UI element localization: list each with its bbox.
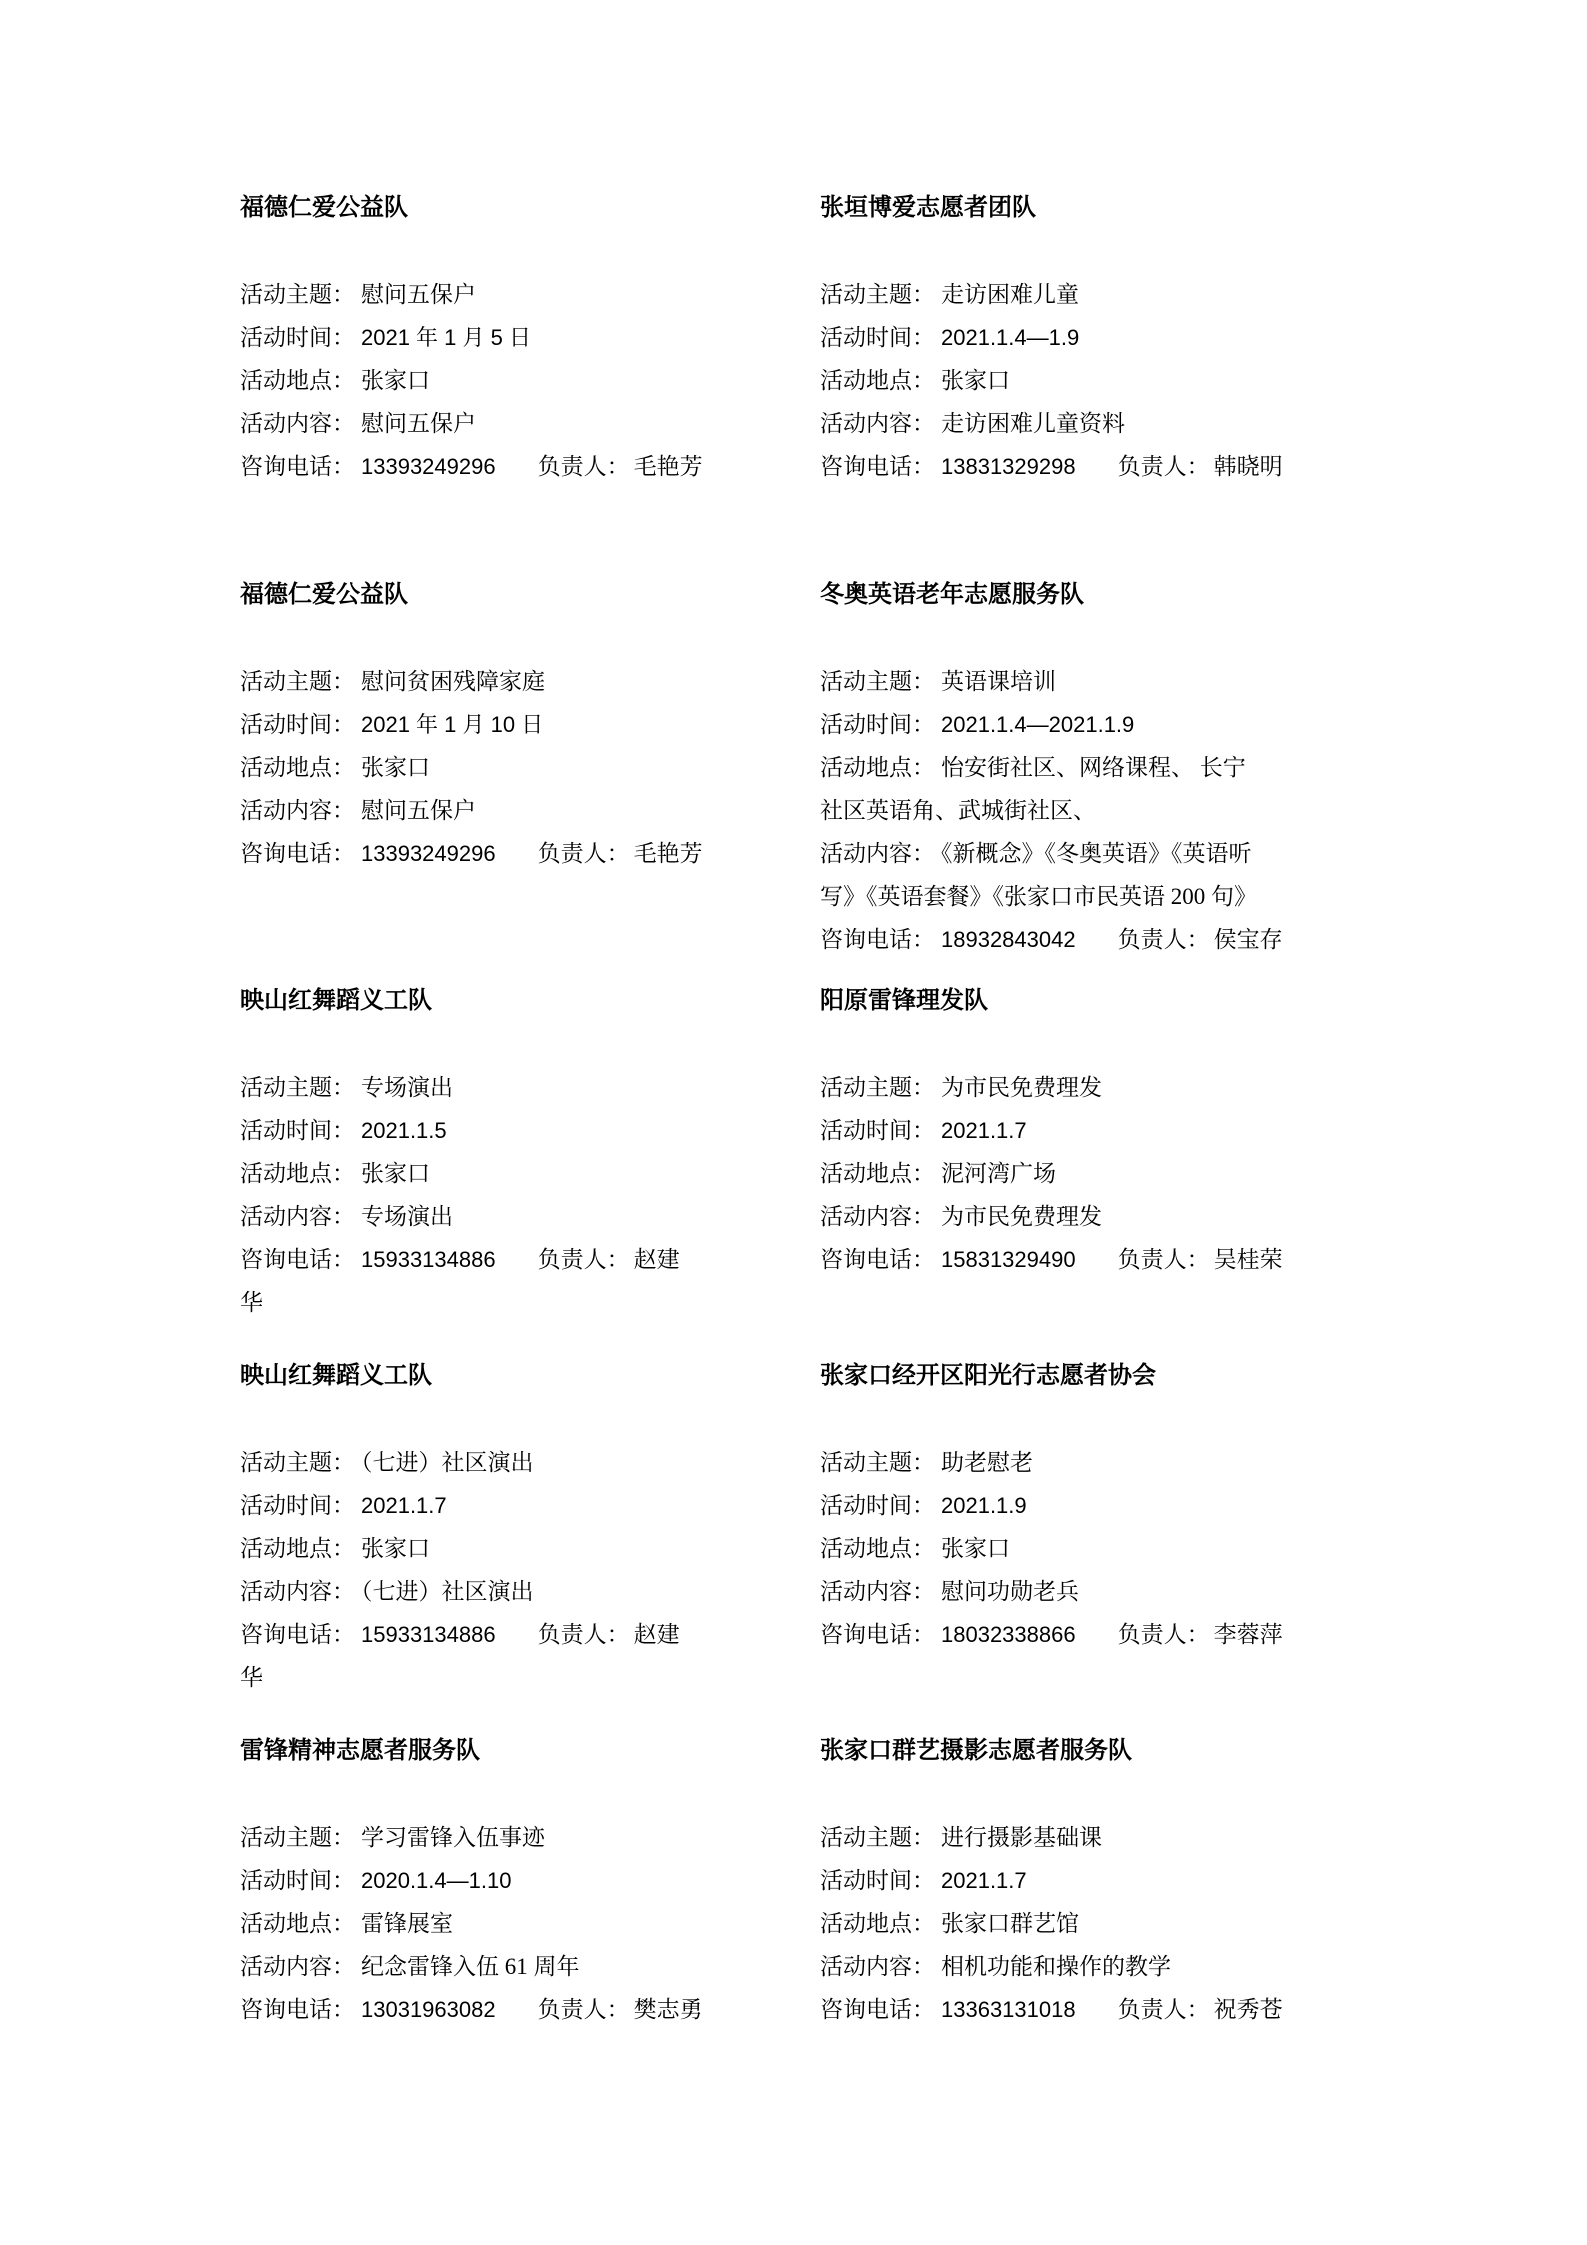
time-label: 活动时间：: [240, 325, 355, 350]
location-label: 活动地点：: [240, 1911, 355, 1936]
content-value: 慰问功勋老兵: [941, 1579, 1079, 1604]
time-line: 活动时间：2021.1.7: [820, 1859, 1240, 1902]
theme-value: 为市民免费理发: [941, 1075, 1102, 1100]
location-line: 活动地点：泥河湾广场: [820, 1152, 1240, 1195]
theme-value: 英语课培训: [941, 669, 1056, 694]
content-line: 活动内容：相机功能和操作的教学: [820, 1945, 1240, 1988]
phone-line: 咨询电话：13831329298负责人：韩晓明: [820, 445, 1240, 488]
content-line: 活动内容：《新概念》《冬奥英语》《英语听: [820, 832, 1240, 875]
location-label: 活动地点：: [240, 1161, 355, 1186]
location-line: 活动地点：张家口: [240, 746, 660, 789]
phone-label: 咨询电话：: [820, 454, 935, 479]
phone-label: 咨询电话：: [820, 1997, 935, 2022]
leader-label: 负责人：: [1118, 1622, 1210, 1647]
theme-label: 活动主题：: [240, 282, 355, 307]
time-label: 活动时间：: [820, 1118, 935, 1143]
phone-number: 15933134886: [361, 1247, 496, 1272]
phone-line: 咨询电话：15933134886负责人：赵建: [240, 1613, 660, 1656]
phone-line: 咨询电话：18932843042负责人：侯宝存: [820, 918, 1240, 961]
time-value: 2021.1.4—2021.1.9: [941, 712, 1134, 737]
location-line: 活动地点：张家口: [240, 359, 660, 402]
phone-label: 咨询电话：: [820, 1622, 935, 1647]
time-value: 2021.1.7: [361, 1493, 447, 1518]
time-value: 2021.1.4—1.9: [941, 325, 1079, 350]
location-line: 活动地点：张家口: [240, 1152, 660, 1195]
time-label: 活动时间：: [820, 1868, 935, 1893]
content-label: 活动内容：: [240, 1579, 355, 1604]
content-value: 纪念雷锋入伍 61 周年: [361, 1954, 580, 1979]
location-value: 张家口: [941, 368, 1010, 393]
location-value: 张家口: [361, 755, 430, 780]
phone-line: 咨询电话：13393249296负责人：毛艳芳: [240, 445, 660, 488]
theme-line: 活动主题：进行摄影基础课: [820, 1816, 1240, 1859]
location-label: 活动地点：: [820, 1911, 935, 1936]
leader-label: 负责人：: [1118, 1997, 1210, 2022]
phone-label: 咨询电话：: [240, 1622, 355, 1647]
phone-label: 咨询电话：: [240, 841, 355, 866]
theme-label: 活动主题：: [820, 1825, 935, 1850]
time-line: 活动时间：2021.1.4—1.9: [820, 316, 1240, 359]
theme-value: （七进）社区演出: [361, 1450, 534, 1475]
org-block: 映山红舞蹈义工队 活动主题：专场演出 活动时间：2021.1.5 活动地点：张家…: [240, 980, 660, 1355]
org-block: 福德仁爱公益队 活动主题：慰问贫困残障家庭 活动时间：2021 年 1 月 10…: [240, 574, 660, 980]
team-title: 张家口经开区阳光行志愿者协会: [820, 1355, 1240, 1398]
location-value: 张家口: [361, 1536, 430, 1561]
location-line: 活动地点：张家口群艺馆: [820, 1902, 1240, 1945]
content-line-2: 写》《英语套餐》《张家口市民英语 200 句》: [820, 875, 1240, 918]
content-label: 活动内容：: [240, 411, 355, 436]
phone-line: 咨询电话：13393249296负责人：毛艳芳: [240, 832, 660, 875]
phone-label: 咨询电话：: [820, 1247, 935, 1272]
theme-label: 活动主题：: [240, 669, 355, 694]
team-title: 冬奥英语老年志愿服务队: [820, 574, 1240, 617]
time-value: 2021.1.5: [361, 1118, 447, 1143]
phone-label: 咨询电话：: [240, 454, 355, 479]
team-title: 映山红舞蹈义工队: [240, 1355, 660, 1398]
volunteer-activity-list: 福德仁爱公益队 活动主题：慰问五保户 活动时间：2021 年 1 月 5 日 活…: [0, 0, 1587, 2031]
location-label: 活动地点：: [240, 1536, 355, 1561]
content-line: 活动内容：专场演出: [240, 1195, 660, 1238]
location-line: 活动地点：雷锋展室: [240, 1902, 660, 1945]
location-line: 活动地点：张家口: [820, 1527, 1240, 1570]
time-line: 活动时间：2021.1.5: [240, 1109, 660, 1152]
leader-label: 负责人：: [538, 1622, 630, 1647]
leader-label: 负责人：: [1118, 1247, 1210, 1272]
content-line: 活动内容：慰问五保户: [240, 402, 660, 445]
theme-value: 专场演出: [361, 1075, 453, 1100]
theme-value: 走访困难儿童: [941, 282, 1079, 307]
org-block: 雷锋精神志愿者服务队 活动主题：学习雷锋入伍事迹 活动时间：2020.1.4—1…: [240, 1730, 660, 2031]
theme-label: 活动主题：: [240, 1825, 355, 1850]
team-title: 雷锋精神志愿者服务队: [240, 1730, 660, 1773]
phone-number: 15933134886: [361, 1622, 496, 1647]
location-value: 张家口群艺馆: [941, 1911, 1079, 1936]
org-block: 冬奥英语老年志愿服务队 活动主题：英语课培训 活动时间：2021.1.4—202…: [820, 574, 1240, 980]
theme-line: 活动主题：英语课培训: [820, 660, 1240, 703]
leader-name: 赵建: [634, 1247, 680, 1272]
theme-label: 活动主题：: [240, 1075, 355, 1100]
location-label: 活动地点：: [240, 368, 355, 393]
time-line: 活动时间：2021 年 1 月 10 日: [240, 703, 660, 746]
content-value: 慰问五保户: [361, 798, 476, 823]
leader-name-wrap: 华: [240, 1656, 660, 1699]
time-label: 活动时间：: [240, 1868, 355, 1893]
phone-number: 18032338866: [941, 1622, 1076, 1647]
content-label: 活动内容：: [820, 1204, 935, 1229]
phone-number: 13393249296: [361, 841, 496, 866]
content-line: 活动内容：慰问五保户: [240, 789, 660, 832]
time-line: 活动时间：2020.1.4—1.10: [240, 1859, 660, 1902]
content-value: 《新概念》《冬奥英语》《英语听: [941, 841, 1252, 866]
content-line: 活动内容：纪念雷锋入伍 61 周年: [240, 1945, 660, 1988]
document-page: 福德仁爱公益队 活动主题：慰问五保户 活动时间：2021 年 1 月 5 日 活…: [0, 0, 1587, 2245]
theme-value: 慰问五保户: [361, 282, 476, 307]
content-label: 活动内容：: [820, 841, 935, 866]
leader-label: 负责人：: [538, 1997, 630, 2022]
theme-line: 活动主题：为市民免费理发: [820, 1066, 1240, 1109]
time-label: 活动时间：: [820, 1493, 935, 1518]
leader-name: 韩晓明: [1214, 454, 1283, 479]
content-line: 活动内容：为市民免费理发: [820, 1195, 1240, 1238]
time-label: 活动时间：: [240, 1118, 355, 1143]
org-block: 张家口群艺摄影志愿者服务队 活动主题：进行摄影基础课 活动时间：2021.1.7…: [820, 1730, 1240, 2031]
content-value: 相机功能和操作的教学: [941, 1954, 1171, 1979]
location-line: 活动地点：张家口: [240, 1527, 660, 1570]
phone-line: 咨询电话：15933134886负责人：赵建: [240, 1238, 660, 1281]
phone-number: 18932843042: [941, 927, 1076, 952]
leader-name-wrap: 华: [240, 1281, 660, 1324]
leader-label: 负责人：: [538, 1247, 630, 1272]
leader-name: 吴桂荣: [1214, 1247, 1283, 1272]
content-line: 活动内容：慰问功勋老兵: [820, 1570, 1240, 1613]
content-label: 活动内容：: [820, 1579, 935, 1604]
time-line: 活动时间：2021.1.9: [820, 1484, 1240, 1527]
leader-name: 李蓉萍: [1214, 1622, 1283, 1647]
team-title: 阳原雷锋理发队: [820, 980, 1240, 1023]
time-line: 活动时间：2021 年 1 月 5 日: [240, 316, 660, 359]
location-label: 活动地点：: [820, 1161, 935, 1186]
theme-label: 活动主题：: [820, 669, 935, 694]
content-label: 活动内容：: [240, 1954, 355, 1979]
location-label: 活动地点：: [820, 1536, 935, 1561]
location-line: 活动地点：张家口: [820, 359, 1240, 402]
content-label: 活动内容：: [820, 1954, 935, 1979]
phone-line: 咨询电话：13363131018负责人：祝秀苍: [820, 1988, 1240, 2031]
theme-value: 进行摄影基础课: [941, 1825, 1102, 1850]
location-line: 活动地点：怡安街社区、网络课程、 长宁: [820, 746, 1240, 789]
leader-name: 祝秀苍: [1214, 1997, 1283, 2022]
time-line: 活动时间：2021.1.4—2021.1.9: [820, 703, 1240, 746]
location-value: 雷锋展室: [361, 1911, 453, 1936]
time-label: 活动时间：: [820, 325, 935, 350]
location-value: 泥河湾广场: [941, 1161, 1056, 1186]
theme-value: 助老慰老: [941, 1450, 1033, 1475]
phone-number: 13031963082: [361, 1997, 496, 2022]
theme-label: 活动主题：: [820, 1075, 935, 1100]
time-label: 活动时间：: [820, 712, 935, 737]
theme-label: 活动主题：: [820, 1450, 935, 1475]
theme-line: 活动主题：慰问五保户: [240, 273, 660, 316]
content-value: 走访困难儿童资料: [941, 411, 1125, 436]
phone-label: 咨询电话：: [240, 1247, 355, 1272]
content-label: 活动内容：: [240, 798, 355, 823]
content-label: 活动内容：: [240, 1204, 355, 1229]
phone-line: 咨询电话：18032338866负责人：李蓉萍: [820, 1613, 1240, 1656]
team-title: 张家口群艺摄影志愿者服务队: [820, 1730, 1240, 1773]
theme-line: 活动主题：走访困难儿童: [820, 273, 1240, 316]
content-value: 为市民免费理发: [941, 1204, 1102, 1229]
location-label: 活动地点：: [820, 368, 935, 393]
time-label: 活动时间：: [240, 712, 355, 737]
location-label: 活动地点：: [820, 755, 935, 780]
location-value: 张家口: [361, 368, 430, 393]
content-label: 活动内容：: [820, 411, 935, 436]
phone-number: 13363131018: [941, 1997, 1076, 2022]
leader-label: 负责人：: [1118, 927, 1210, 952]
leader-label: 负责人：: [538, 454, 630, 479]
leader-name: 樊志勇: [634, 1997, 703, 2022]
org-block: 张垣博爱志愿者团队 活动主题：走访困难儿童 活动时间：2021.1.4—1.9 …: [820, 187, 1240, 574]
leader-label: 负责人：: [1118, 454, 1210, 479]
theme-label: 活动主题：: [820, 282, 935, 307]
leader-name: 赵建: [634, 1622, 680, 1647]
leader-name: 侯宝存: [1214, 927, 1283, 952]
location-line-2: 社区英语角、武城街社区、: [820, 789, 1240, 832]
time-value: 2021.1.9: [941, 1493, 1027, 1518]
leader-name: 毛艳芳: [634, 454, 703, 479]
content-value: 专场演出: [361, 1204, 453, 1229]
phone-number: 13393249296: [361, 454, 496, 479]
time-value: 2021.1.7: [941, 1868, 1027, 1893]
time-label: 活动时间：: [240, 1493, 355, 1518]
theme-line: 活动主题：慰问贫困残障家庭: [240, 660, 660, 703]
theme-value: 学习雷锋入伍事迹: [361, 1825, 545, 1850]
location-value: 张家口: [941, 1536, 1010, 1561]
phone-label: 咨询电话：: [820, 927, 935, 952]
theme-line: 活动主题：（七进）社区演出: [240, 1441, 660, 1484]
content-value: （七进）社区演出: [361, 1579, 534, 1604]
time-line: 活动时间：2021.1.7: [240, 1484, 660, 1527]
time-line: 活动时间：2021.1.7: [820, 1109, 1240, 1152]
phone-number: 13831329298: [941, 454, 1076, 479]
org-block: 福德仁爱公益队 活动主题：慰问五保户 活动时间：2021 年 1 月 5 日 活…: [240, 187, 660, 574]
team-title: 福德仁爱公益队: [240, 574, 660, 617]
leader-label: 负责人：: [538, 841, 630, 866]
org-block: 张家口经开区阳光行志愿者协会 活动主题：助老慰老 活动时间：2021.1.9 活…: [820, 1355, 1240, 1730]
content-line: 活动内容：走访困难儿童资料: [820, 402, 1240, 445]
time-value: 2020.1.4—1.10: [361, 1868, 511, 1893]
leader-name: 毛艳芳: [634, 841, 703, 866]
location-label: 活动地点：: [240, 755, 355, 780]
time-value: 2021 年 1 月 10 日: [361, 712, 543, 737]
phone-line: 咨询电话：15831329490负责人：吴桂荣: [820, 1238, 1240, 1281]
time-value: 2021.1.7: [941, 1118, 1027, 1143]
org-block: 映山红舞蹈义工队 活动主题：（七进）社区演出 活动时间：2021.1.7 活动地…: [240, 1355, 660, 1730]
time-value: 2021 年 1 月 5 日: [361, 325, 531, 350]
theme-line: 活动主题：助老慰老: [820, 1441, 1240, 1484]
phone-number: 15831329490: [941, 1247, 1076, 1272]
org-block: 阳原雷锋理发队 活动主题：为市民免费理发 活动时间：2021.1.7 活动地点：…: [820, 980, 1240, 1355]
team-title: 映山红舞蹈义工队: [240, 980, 660, 1023]
theme-value: 慰问贫困残障家庭: [361, 669, 545, 694]
theme-line: 活动主题：学习雷锋入伍事迹: [240, 1816, 660, 1859]
location-value: 怡安街社区、网络课程、 长宁: [941, 755, 1246, 780]
theme-line: 活动主题：专场演出: [240, 1066, 660, 1109]
content-value: 慰问五保户: [361, 411, 476, 436]
phone-label: 咨询电话：: [240, 1997, 355, 2022]
theme-label: 活动主题：: [240, 1450, 355, 1475]
team-title: 福德仁爱公益队: [240, 187, 660, 230]
phone-line: 咨询电话：13031963082负责人：樊志勇: [240, 1988, 660, 2031]
team-title: 张垣博爱志愿者团队: [820, 187, 1240, 230]
content-line: 活动内容：（七进）社区演出: [240, 1570, 660, 1613]
location-value: 张家口: [361, 1161, 430, 1186]
